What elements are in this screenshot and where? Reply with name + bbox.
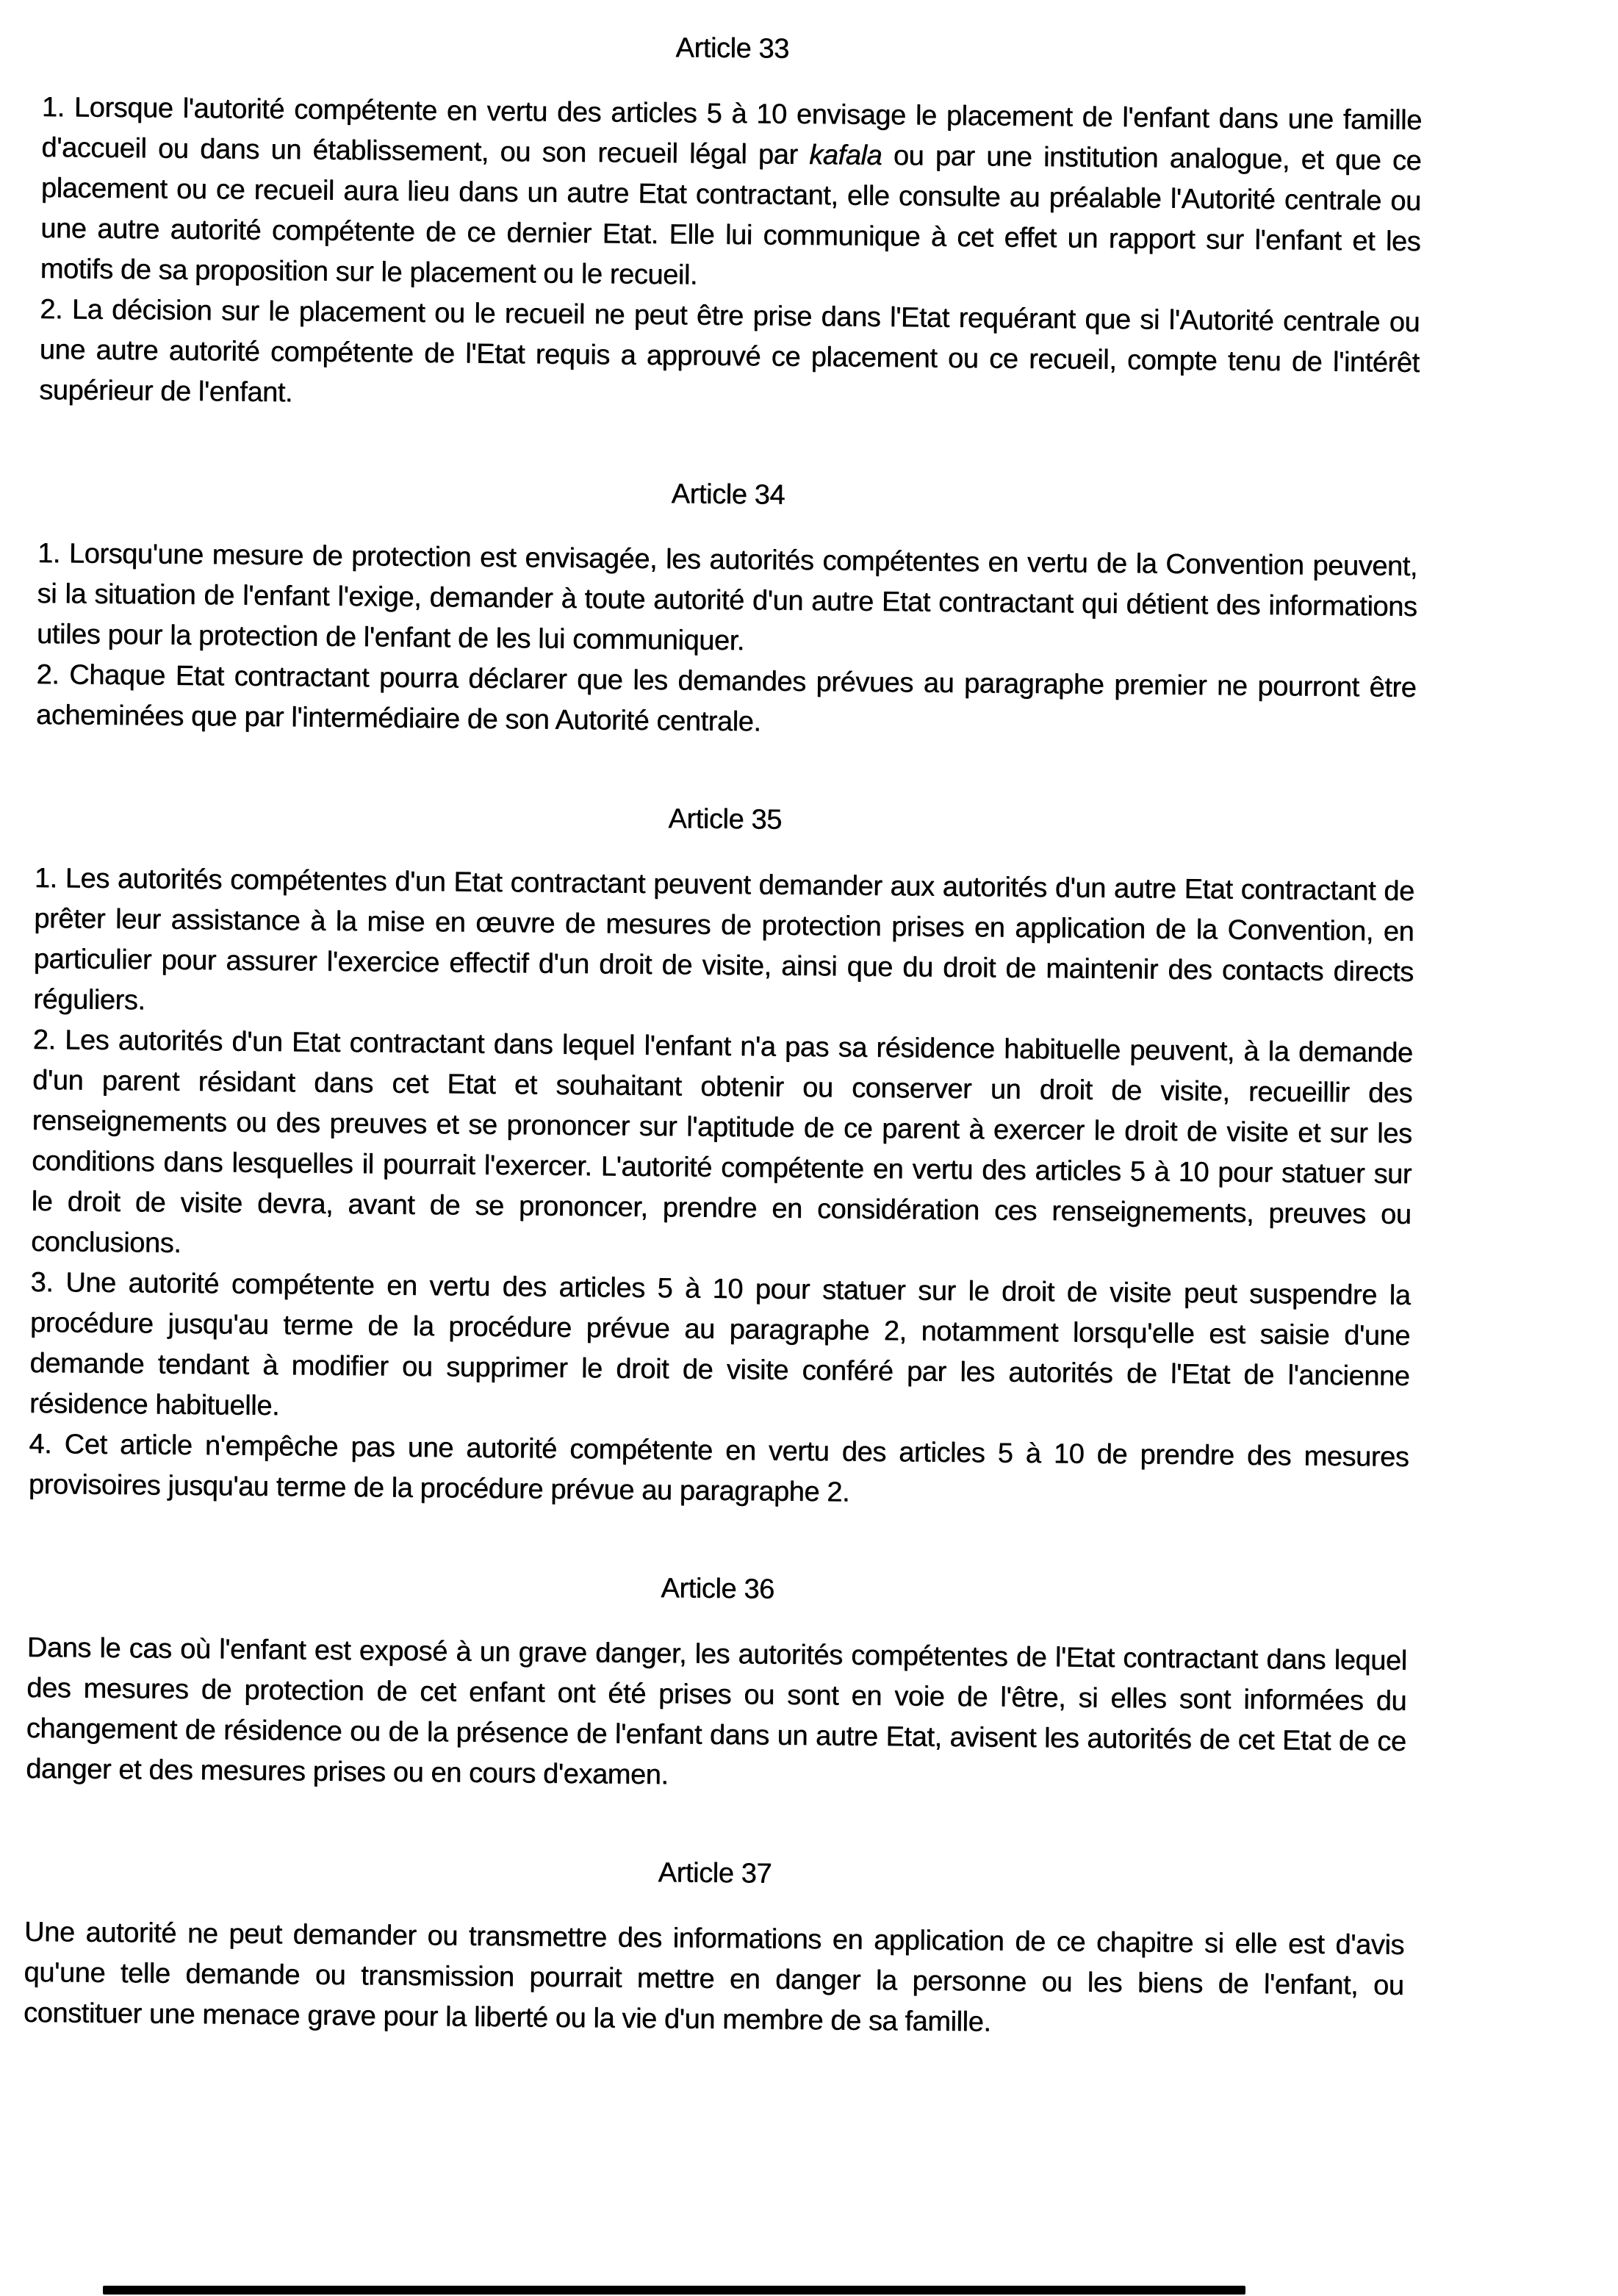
article-paragraph: 1. Lorsque l'autorité compétente en vert…	[40, 87, 1423, 303]
article-section: Article 331. Lorsque l'autorité compéten…	[39, 22, 1423, 424]
article-paragraph: 2. Les autorités d'un Etat contractant d…	[31, 1020, 1413, 1276]
article-paragraph: Dans le cas où l'enfant est exposé à un …	[26, 1628, 1407, 1803]
article-paragraph: 2. Chaque Etat contractant pourra déclar…	[36, 655, 1417, 749]
article-heading: Article 35	[35, 793, 1414, 847]
article-heading: Article 33	[42, 22, 1422, 76]
scanned-document-page: Article 331. Lorsque l'autorité compéten…	[0, 0, 1618, 2296]
italic-term: kafala	[809, 140, 882, 171]
article-paragraph: 3. Une autorité compétente en vertu des …	[29, 1263, 1411, 1438]
article-section: Article 351. Les autorités compétentes d…	[29, 793, 1415, 1518]
article-paragraph: 1. Lorsqu'une mesure de protection est e…	[37, 534, 1417, 668]
article-section: Article 36Dans le cas où l'enfant est ex…	[26, 1563, 1408, 1803]
article-section: Article 37Une autorité ne peut demander …	[24, 1847, 1405, 2047]
article-heading: Article 37	[25, 1847, 1405, 1901]
article-paragraph: 2. La décision sur le placement ou le re…	[39, 290, 1420, 424]
article-paragraph: 4. Cet article n'empêche pas une autorit…	[29, 1424, 1409, 1518]
article-paragraph: Une autorité ne peut demander ou transme…	[24, 1912, 1404, 2047]
article-paragraph: 1. Les autorités compétentes d'un Etat c…	[33, 858, 1414, 1033]
article-heading: Article 34	[38, 468, 1418, 522]
article-section: Article 341. Lorsqu'une mesure de protec…	[36, 468, 1418, 749]
scan-edge-artifact	[103, 2286, 1245, 2295]
article-heading: Article 36	[27, 1563, 1407, 1616]
document-content: Article 331. Lorsque l'autorité compéten…	[24, 22, 1423, 2047]
